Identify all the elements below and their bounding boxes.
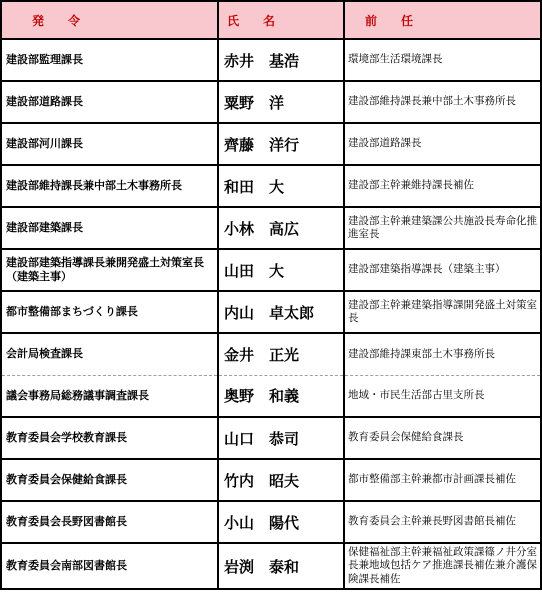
personnel-change-table: 発 令 氏 名 前 任 建設部監理課長赤井 基浩環境部生活環境課長建設部道路課長…: [0, 0, 542, 590]
name-cell: 赤井 基浩: [218, 39, 344, 81]
appointment-cell: 会計局検査課長: [1, 333, 218, 375]
name-cell: 奥野 和義: [218, 375, 344, 417]
previous-post-cell: 都市整備部主幹兼都市計画課長補佐: [344, 459, 541, 501]
appointment-cell: 教育委員会保健給食課長: [1, 459, 218, 501]
column-header-previous-post: 前 任: [344, 1, 541, 39]
appointment-cell: 教育委員会南部図書館長: [1, 543, 218, 589]
appointment-cell: 建設部維持課長兼中部土木事務所長: [1, 165, 218, 207]
name-cell: 山口 恭司: [218, 417, 344, 459]
previous-post-cell: 建設部主幹兼建築指導課開発盛土対策室長: [344, 291, 541, 333]
table-row: 建設部道路課長粟野 洋建設部維持課長兼中部土木事務所長: [1, 81, 541, 123]
table-row: 教育委員会保健給食課長竹内 昭夫都市整備部主幹兼都市計画課長補佐: [1, 459, 541, 501]
appointment-cell: 建設部監理課長: [1, 39, 218, 81]
table-row: 会計局検査課長金井 正光建設部維持課東部土木事務所長: [1, 333, 541, 375]
name-cell: 小林 高広: [218, 207, 344, 249]
table-row: 都市整備部まちづくり課長内山 卓太郎建設部主幹兼建築指導課開発盛土対策室長: [1, 291, 541, 333]
column-header-appointment: 発 令: [1, 1, 218, 39]
previous-post-cell: 地域・市民生活部古里支所長: [344, 375, 541, 417]
previous-post-cell: 建設部建築指導課長（建築主事）: [344, 249, 541, 291]
previous-post-cell: 教育委員会保健給食課長: [344, 417, 541, 459]
previous-post-cell: 建設部道路課長: [344, 123, 541, 165]
table-row: 建設部維持課長兼中部土木事務所長和田 大建設部主幹兼維持課長補佐: [1, 165, 541, 207]
appointment-cell: 建設部道路課長: [1, 81, 218, 123]
name-cell: 和田 大: [218, 165, 344, 207]
previous-post-cell: 建設部主幹兼維持課長補佐: [344, 165, 541, 207]
previous-post-cell: 建設部維持課東部土木事務所長: [344, 333, 541, 375]
appointment-cell: 建設部建築課長: [1, 207, 218, 249]
appointment-cell: 教育委員会学校教育課長: [1, 417, 218, 459]
table-row: 教育委員会学校教育課長山口 恭司教育委員会保健給食課長: [1, 417, 541, 459]
name-cell: 粟野 洋: [218, 81, 344, 123]
name-cell: 内山 卓太郎: [218, 291, 344, 333]
previous-post-cell: 保健福祉部主幹兼福祉政策課篠ノ井分室長兼地域包括ケア推進課長補佐兼介護保険課長補…: [344, 543, 541, 589]
table-row: 議会事務局総務議事調査課長奥野 和義地域・市民生活部古里支所長: [1, 375, 541, 417]
previous-post-cell: 建設部維持課長兼中部土木事務所長: [344, 81, 541, 123]
page: 発 令 氏 名 前 任 建設部監理課長赤井 基浩環境部生活環境課長建設部道路課長…: [0, 0, 542, 592]
previous-post-cell: 教育委員会主幹兼長野図書館長補佐: [344, 501, 541, 543]
appointment-cell: 建設部河川課長: [1, 123, 218, 165]
table-row: 建設部河川課長齊藤 洋行建設部道路課長: [1, 123, 541, 165]
name-cell: 金井 正光: [218, 333, 344, 375]
table-row: 建設部建築指導課長兼開発盛土対策室長 （建築主事）山田 大建設部建築指導課長（建…: [1, 249, 541, 291]
name-cell: 山田 大: [218, 249, 344, 291]
table-row: 建設部建築課長小林 高広建設部主幹兼建築課公共施設長寿命化推進室長: [1, 207, 541, 249]
name-cell: 竹内 昭夫: [218, 459, 344, 501]
name-cell: 小山 陽代: [218, 501, 344, 543]
appointment-cell: 建設部建築指導課長兼開発盛土対策室長 （建築主事）: [1, 249, 218, 291]
table-row: 建設部監理課長赤井 基浩環境部生活環境課長: [1, 39, 541, 81]
header-row: 発 令 氏 名 前 任: [1, 1, 541, 39]
appointment-cell: 議会事務局総務議事調査課長: [1, 375, 218, 417]
previous-post-cell: 建設部主幹兼建築課公共施設長寿命化推進室長: [344, 207, 541, 249]
table-row: 教育委員会南部図書館長岩渕 泰和保健福祉部主幹兼福祉政策課篠ノ井分室長兼地域包括…: [1, 543, 541, 589]
table-row: 教育委員会長野図書館長小山 陽代教育委員会主幹兼長野図書館長補佐: [1, 501, 541, 543]
table-body: 建設部監理課長赤井 基浩環境部生活環境課長建設部道路課長粟野 洋建設部維持課長兼…: [1, 39, 541, 589]
column-header-name: 氏 名: [218, 1, 344, 39]
previous-post-cell: 環境部生活環境課長: [344, 39, 541, 81]
appointment-cell: 教育委員会長野図書館長: [1, 501, 218, 543]
name-cell: 岩渕 泰和: [218, 543, 344, 589]
name-cell: 齊藤 洋行: [218, 123, 344, 165]
appointment-cell: 都市整備部まちづくり課長: [1, 291, 218, 333]
